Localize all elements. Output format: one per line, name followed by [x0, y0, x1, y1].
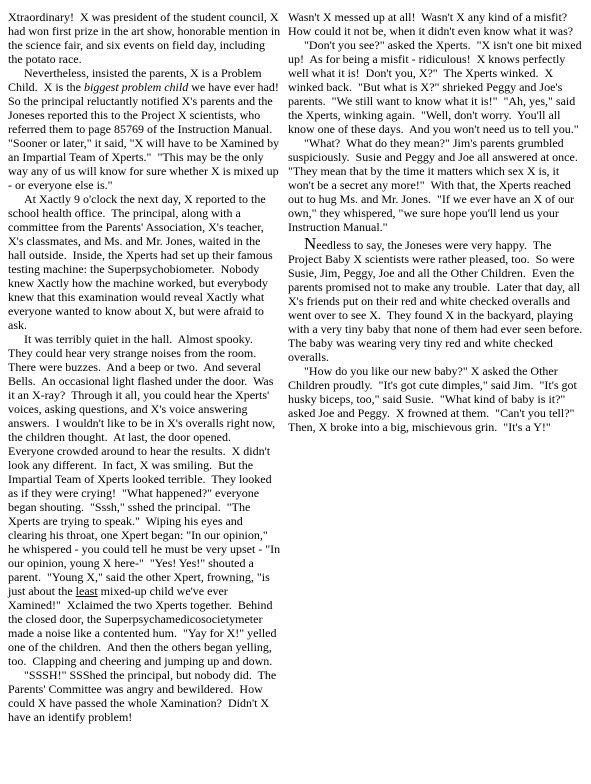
text-segment: "How do you like our new baby?" X asked …	[288, 364, 580, 434]
paragraph: At Xactly 9 o'clock the next day, X repo…	[8, 192, 281, 332]
paragraph: Wasn't X messed up at all! Wasn't X any …	[288, 10, 585, 38]
text-segment: we have ever had! So the principal reluc…	[8, 80, 285, 192]
paragraph: Needless to say, the Joneses were very h…	[288, 237, 585, 364]
initial-capital: N	[304, 234, 316, 253]
text-segment: It was terribly quiet in the hall. Almos…	[8, 332, 283, 598]
text-segment: At Xactly 9 o'clock the next day, X repo…	[8, 192, 276, 332]
text-segment: "Don't you see?" asked the Xperts. "X is…	[288, 38, 585, 136]
text-segment: "What? What do they mean?" Jim's parents…	[288, 136, 584, 234]
paragraph: It was terribly quiet in the hall. Almos…	[8, 332, 281, 668]
text-segment: Xtraordinary! X was president of the stu…	[8, 10, 283, 66]
text-segment: eedless to say, the Joneses were very ha…	[288, 238, 588, 364]
paragraph: Nevertheless, insisted the parents, X is…	[8, 66, 281, 192]
text-column-right: Wasn't X messed up at all! Wasn't X any …	[288, 10, 585, 784]
paragraph: "Don't you see?" asked the Xperts. "X is…	[288, 38, 585, 136]
text-segment: least	[76, 584, 98, 598]
document-page: Xtraordinary! X was president of the stu…	[0, 0, 591, 784]
text-segment: Wasn't X messed up at all! Wasn't X any …	[288, 10, 573, 38]
paragraph: "How do you like our new baby?" X asked …	[288, 364, 585, 434]
text-segment: "SSSH!" SSShed the principal, but nobody…	[8, 668, 279, 724]
paragraph: "What? What do they mean?" Jim's parents…	[288, 136, 585, 234]
paragraph: Xtraordinary! X was president of the stu…	[8, 10, 281, 66]
text-column-left: Xtraordinary! X was president of the stu…	[8, 10, 281, 784]
paragraph: "SSSH!" SSShed the principal, but nobody…	[8, 668, 281, 724]
text-segment: biggest problem child	[84, 80, 188, 94]
